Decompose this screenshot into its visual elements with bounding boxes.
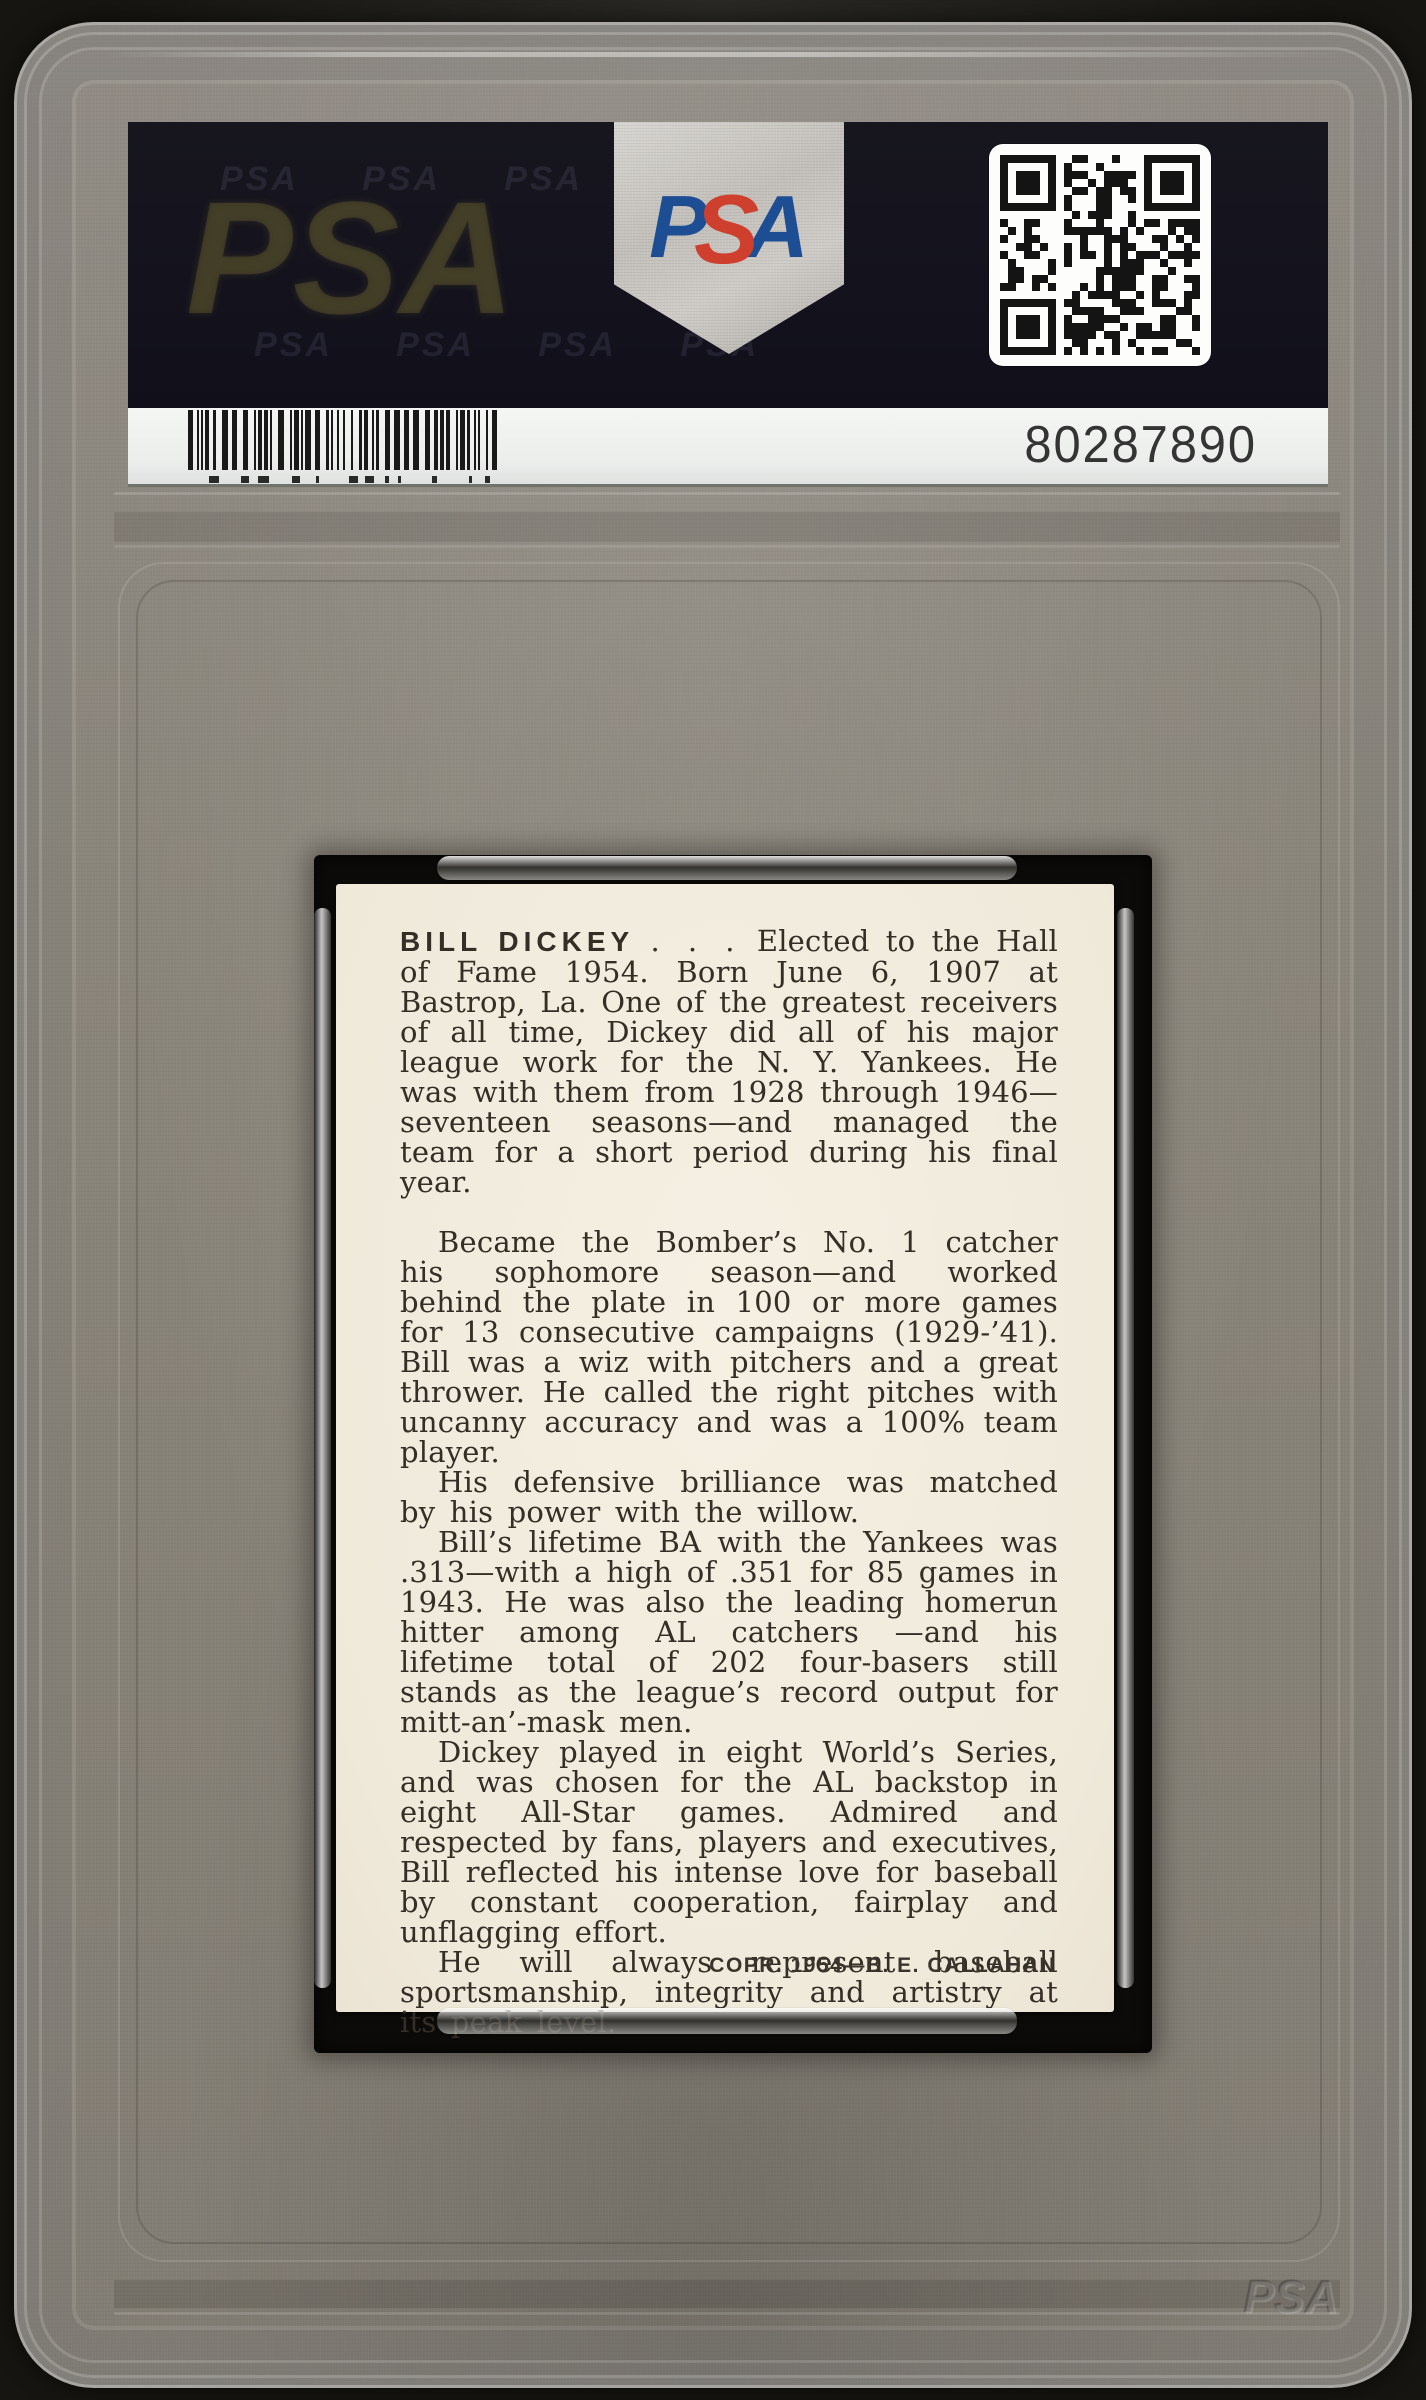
slab-seam-line (114, 492, 1340, 495)
slab-seam-band-bottom (114, 2280, 1340, 2308)
card-bio-paragraph-2: Became the Bomber’s No. 1 catcher his so… (400, 1227, 1058, 1467)
photo-backdrop: PSA PSA PSA PSA PSA PSA PSA PSA PSA PSA … (0, 0, 1426, 2400)
slab-seam-line-bottom (114, 2312, 1340, 2315)
card-bio-intro: Elected to the Hall of Fame 1954. Born J… (400, 924, 1058, 1199)
psa-slab: PSA PSA PSA PSA PSA PSA PSA PSA PSA PSA … (14, 22, 1412, 2388)
card-holder-prong-left (314, 908, 331, 1988)
slab-seam-line (114, 545, 1340, 548)
card-bio-paragraph-1: BILL DICKEY . . . Elected to the Hall of… (400, 926, 1058, 1197)
card-holder-clip-top (437, 856, 1017, 880)
card-holder-clip-bottom (437, 2008, 1017, 2034)
card-bio-text: BILL DICKEY . . . Elected to the Hall of… (400, 926, 1058, 2037)
card-ellipsis: . . . (651, 924, 741, 958)
card-copyright: COPR. 1954—B. E. CALLAHAN (709, 1954, 1056, 1978)
card-player-name: BILL DICKEY (400, 926, 634, 957)
card-holder-prong-right (1117, 908, 1134, 1988)
slab-edge-highlight (104, 52, 1354, 57)
psa-logo: PSA (614, 174, 844, 272)
card-bio-paragraph-3: His defensive brilliance was matched by … (400, 1467, 1058, 1527)
qr-code (989, 144, 1211, 366)
card-bio-paragraph-4: Bill’s lifetime BA with the Yankees was … (400, 1527, 1058, 1737)
psa-logo-letter-s: S (694, 174, 759, 284)
card-bio-paragraph-5: Dickey played in eight World’s Series, a… (400, 1737, 1058, 1947)
trading-card-back: BILL DICKEY . . . Elected to the Hall of… (336, 884, 1114, 2012)
hologram-psa-large: PSA (186, 178, 515, 338)
hologram-psa-row-bottom: PSA PSA PSA PSA (254, 326, 759, 365)
cert-number: 80287890 (1024, 415, 1257, 475)
cert-label-barcode-strip: 80287890 (128, 408, 1328, 487)
cert-label-hologram-area: PSA PSA PSA PSA PSA PSA PSA PSA PSA PSA (128, 122, 1328, 408)
qr-code-icon (989, 144, 1211, 366)
barcode-icon (186, 410, 504, 484)
psa-silver-banner: PSA (614, 122, 844, 354)
embossed-psa-logo: PSA (1244, 2270, 1339, 2324)
slab-seam-band (114, 512, 1340, 542)
